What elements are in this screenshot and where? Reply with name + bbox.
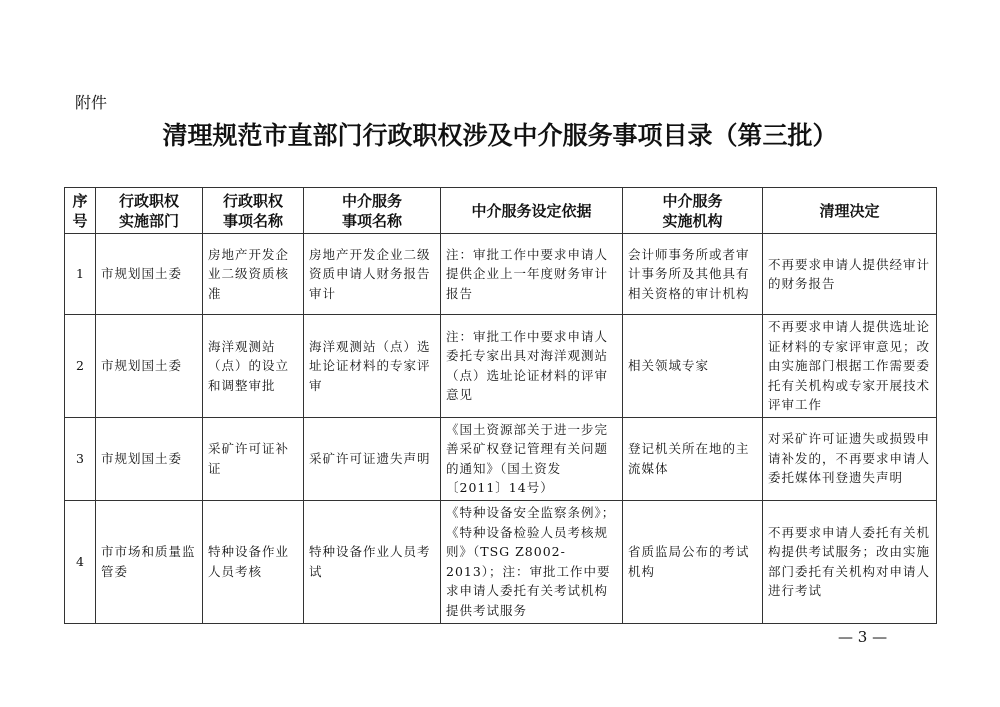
cell-decision: 不再要求申请人委托有关机构提供考试服务；改由实施部门委托有关机构对申请人进行考试 [763, 500, 937, 623]
header-provider: 中介服务实施机构 [623, 188, 763, 234]
cell-provider: 省质监局公布的考试机构 [623, 500, 763, 623]
header-no: 序号 [65, 188, 96, 234]
cell-service-item: 房地产开发企业二级资质申请人财务报告审计 [304, 234, 441, 315]
cell-department: 市市场和质量监管委 [96, 500, 203, 623]
cell-service-item: 特种设备作业人员考试 [304, 500, 441, 623]
cell-decision: 对采矿许可证遗失或损毁申请补发的，不再要求申请人委托媒体刊登遗失声明 [763, 417, 937, 500]
cell-service-item: 采矿许可证遗失声明 [304, 417, 441, 500]
cell-provider: 登记机关所在地的主流媒体 [623, 417, 763, 500]
cell-power-item: 海洋观测站（点）的设立和调整审批 [203, 315, 304, 418]
attachment-label: 附件 [75, 90, 107, 113]
cell-power-item: 采矿许可证补证 [203, 417, 304, 500]
cell-no: 1 [65, 234, 96, 315]
cell-power-item: 特种设备作业人员考核 [203, 500, 304, 623]
header-department: 行政职权实施部门 [96, 188, 203, 234]
cell-basis: 注：审批工作中要求申请人提供企业上一年度财务审计报告 [441, 234, 623, 315]
cell-basis: 注：审批工作中要求申请人委托专家出具对海洋观测站（点）选址论证材料的评审意见 [441, 315, 623, 418]
cell-department: 市规划国土委 [96, 234, 203, 315]
cell-basis: 《国土资源部关于进一步完善采矿权登记管理有关问题的通知》（国土资发〔2011〕1… [441, 417, 623, 500]
cell-no: 3 [65, 417, 96, 500]
header-power-item: 行政职权事项名称 [203, 188, 304, 234]
page-number: — 3 — [838, 628, 887, 646]
cell-no: 2 [65, 315, 96, 418]
header-basis: 中介服务设定依据 [441, 188, 623, 234]
table-row: 2 市规划国土委 海洋观测站（点）的设立和调整审批 海洋观测站（点）选址论证材料… [65, 315, 937, 418]
cell-provider: 相关领域专家 [623, 315, 763, 418]
table-header-row: 序号 行政职权实施部门 行政职权事项名称 中介服务事项名称 中介服务设定依据 中… [65, 188, 937, 234]
cell-power-item: 房地产开发企业二级资质核准 [203, 234, 304, 315]
cell-department: 市规划国土委 [96, 417, 203, 500]
cell-no: 4 [65, 500, 96, 623]
table-row: 1 市规划国土委 房地产开发企业二级资质核准 房地产开发企业二级资质申请人财务报… [65, 234, 937, 315]
header-decision: 清理决定 [763, 188, 937, 234]
cell-provider: 会计师事务所或者审计事务所及其他具有相关资格的审计机构 [623, 234, 763, 315]
cell-decision: 不再要求申请人提供经审计的财务报告 [763, 234, 937, 315]
table-row: 4 市市场和质量监管委 特种设备作业人员考核 特种设备作业人员考试 《特种设备安… [65, 500, 937, 623]
service-catalog-table: 序号 行政职权实施部门 行政职权事项名称 中介服务事项名称 中介服务设定依据 中… [64, 187, 937, 624]
table-row: 3 市规划国土委 采矿许可证补证 采矿许可证遗失声明 《国土资源部关于进一步完善… [65, 417, 937, 500]
cell-decision: 不再要求申请人提供选址论证材料的专家评审意见；改由实施部门根据工作需要委托有关机… [763, 315, 937, 418]
header-service-item: 中介服务事项名称 [304, 188, 441, 234]
cell-department: 市规划国土委 [96, 315, 203, 418]
document-title: 清理规范市直部门行政职权涉及中介服务事项目录（第三批） [0, 116, 1000, 152]
cell-basis: 《特种设备安全监察条例》；《特种设备检验人员考核规则》（TSG Z8002-20… [441, 500, 623, 623]
cell-service-item: 海洋观测站（点）选址论证材料的专家评审 [304, 315, 441, 418]
